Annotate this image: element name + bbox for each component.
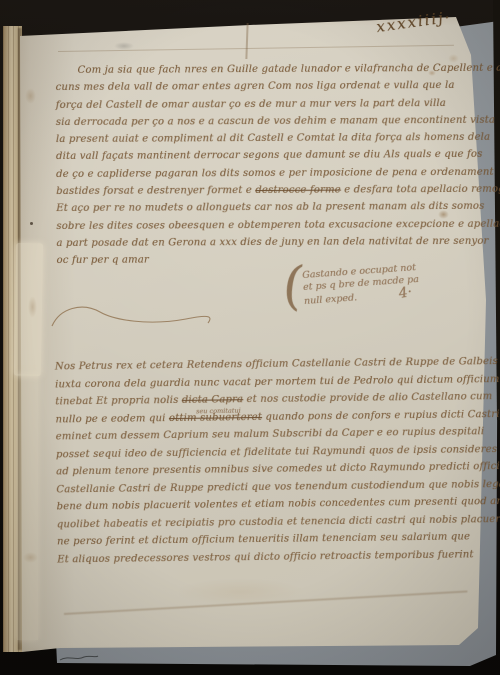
smudge bbox=[114, 42, 134, 50]
ink-dot bbox=[30, 222, 33, 225]
text-line: a part posade dat en Gerona a xxx dies d… bbox=[56, 233, 456, 252]
manuscript-photo: xxxxiiij· Com ja sia que fach nres en Gu… bbox=[0, 0, 500, 675]
text-segment: quando pons de confors e rupius dicti Ca… bbox=[262, 409, 500, 423]
text-line: bastides forsat e destrenyer formet e de… bbox=[56, 181, 456, 200]
text-segment: e desfara tota apellacio remoguda bbox=[341, 184, 500, 196]
note-text: null exped. bbox=[304, 292, 358, 307]
paragraph-2: Nos Petrus rex et cetera Retendens offic… bbox=[55, 354, 458, 569]
bottom-blotch bbox=[175, 578, 305, 606]
text-line: sia derrocada per ço a nos e a cascun de… bbox=[56, 112, 456, 131]
text-segment: bastides forsat e destrenyer formet e bbox=[56, 185, 255, 197]
text-segment: tinebat Et propria nolis bbox=[55, 395, 182, 408]
struck-text: destrocce forme bbox=[255, 185, 341, 196]
paragraph-1: Com ja sia que fach nres en Guille gatad… bbox=[55, 60, 456, 270]
text-line: Com ja sia que fach nres en Guille gatad… bbox=[55, 60, 455, 79]
text-line: la present auiat e compliment al dit Cas… bbox=[56, 129, 456, 148]
gutter-stain bbox=[23, 552, 38, 563]
text-segment: et nos custodie provide de alio Castella… bbox=[243, 391, 492, 405]
text-line: de ço e capliderse pagaran los dits somo… bbox=[56, 164, 456, 183]
gutter-stain bbox=[25, 88, 36, 104]
notarial-sign: 4· bbox=[398, 286, 413, 300]
pen-flourish bbox=[48, 296, 223, 334]
text-line: força del Castell de omar austar ço es d… bbox=[56, 95, 456, 114]
repair-strip bbox=[17, 374, 38, 640]
text-line: sobre les dites coses obeesquen e obtemp… bbox=[56, 216, 456, 235]
gutter-stain bbox=[28, 296, 37, 318]
struck-text: ottim subuerteret bbox=[169, 411, 262, 423]
board-pen-mark bbox=[58, 652, 100, 664]
text-line: Et aço per re no mudets o allonguets car… bbox=[56, 198, 456, 217]
text-line: dita vall façats mantinent derrocar sego… bbox=[56, 146, 456, 165]
text-line: cuns mes dela vall de omar entes agren C… bbox=[56, 77, 456, 96]
struck-text: dicta Capra bbox=[182, 394, 243, 406]
marginal-note: Gastando e occupat not et ps q bre de ma… bbox=[302, 262, 420, 308]
text-segment: nullo pe e eodem qui bbox=[55, 413, 169, 425]
